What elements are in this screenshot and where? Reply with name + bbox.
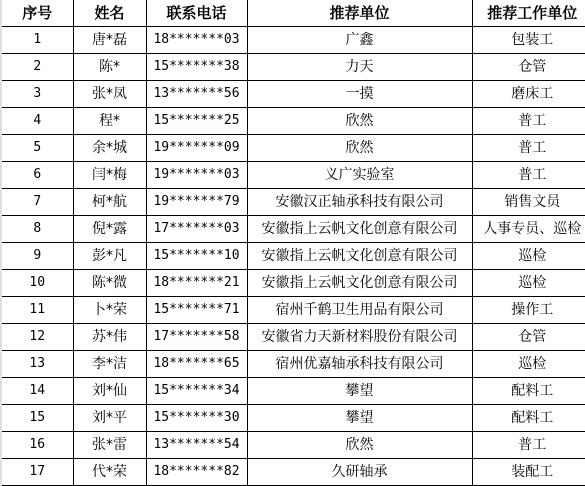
cell-referral-unit[interactable]: 欣然 <box>247 108 472 135</box>
cell-referral-unit[interactable]: 一摸 <box>247 81 472 108</box>
cell-phone[interactable]: 19*******79 <box>146 189 247 216</box>
cell-referral-job[interactable]: 普工 <box>472 162 585 189</box>
cell-phone[interactable]: 15*******34 <box>146 378 247 405</box>
table-row: 3 张*凤 13*******56 一摸 磨床工 <box>2 81 585 108</box>
cell-serial-number[interactable]: 16 <box>2 432 73 459</box>
cell-serial-number[interactable]: 13 <box>2 351 73 378</box>
cell-referral-unit[interactable]: 安徽指上云帆文化创意有限公司 <box>247 243 472 270</box>
cell-serial-number[interactable]: 1 <box>2 27 73 54</box>
cell-referral-job[interactable]: 普工 <box>472 108 585 135</box>
cell-name[interactable]: 刘*仙 <box>73 378 146 405</box>
header-name[interactable]: 姓名 <box>73 0 146 27</box>
cell-phone[interactable]: 13*******56 <box>146 81 247 108</box>
table-row: 13 李*洁 18*******65 宿州优嘉轴承科技有限公司 巡检 <box>2 351 585 378</box>
cell-referral-unit[interactable]: 安徽指上云帆文化创意有限公司 <box>247 216 472 243</box>
cell-serial-number[interactable]: 4 <box>2 108 73 135</box>
table-row: 6 闫*梅 19*******03 义广实验室 普工 <box>2 162 585 189</box>
cell-name[interactable]: 张*雷 <box>73 432 146 459</box>
referral-table: 序号 姓名 联系电话 推荐单位 推荐工作单位 1 唐*磊 18*******03… <box>2 0 585 486</box>
cell-serial-number[interactable]: 2 <box>2 54 73 81</box>
cell-phone[interactable]: 15*******10 <box>146 243 247 270</box>
table-row: 15 刘*平 15*******30 攀望 配料工 <box>2 405 585 432</box>
cell-referral-job[interactable]: 装配工 <box>472 459 585 486</box>
cell-name[interactable]: 苏*伟 <box>73 324 146 351</box>
cell-referral-unit[interactable]: 攀望 <box>247 405 472 432</box>
cell-name[interactable]: 代*荣 <box>73 459 146 486</box>
cell-referral-job[interactable]: 巡检 <box>472 270 585 297</box>
cell-referral-unit[interactable]: 安徽汉正轴承科技有限公司 <box>247 189 472 216</box>
cell-name[interactable]: 唐*磊 <box>73 27 146 54</box>
cell-name[interactable]: 陈* <box>73 54 146 81</box>
cell-serial-number[interactable]: 5 <box>2 135 73 162</box>
cell-phone[interactable]: 15*******30 <box>146 405 247 432</box>
cell-referral-job[interactable]: 巡检 <box>472 243 585 270</box>
table-row: 16 张*雷 13*******54 欣然 普工 <box>2 432 585 459</box>
cell-phone[interactable]: 18*******03 <box>146 27 247 54</box>
cell-referral-job[interactable]: 普工 <box>472 432 585 459</box>
table-row: 5 余*城 19*******09 欣然 普工 <box>2 135 585 162</box>
cell-referral-job[interactable]: 配料工 <box>472 405 585 432</box>
cell-phone[interactable]: 19*******09 <box>146 135 247 162</box>
table-row: 9 彭*凡 15*******10 安徽指上云帆文化创意有限公司 巡检 <box>2 243 585 270</box>
table-body: 1 唐*磊 18*******03 广鑫 包装工 2 陈* 15*******3… <box>2 27 585 486</box>
cell-referral-job[interactable]: 仓管 <box>472 54 585 81</box>
table-row: 4 程* 15*******25 欣然 普工 <box>2 108 585 135</box>
cell-name[interactable]: 刘*平 <box>73 405 146 432</box>
cell-referral-unit[interactable]: 义广实验室 <box>247 162 472 189</box>
cell-name[interactable]: 卜*荣 <box>73 297 146 324</box>
cell-referral-unit[interactable]: 久研轴承 <box>247 459 472 486</box>
cell-phone[interactable]: 17*******58 <box>146 324 247 351</box>
cell-phone[interactable]: 13*******54 <box>146 432 247 459</box>
cell-phone[interactable]: 19*******03 <box>146 162 247 189</box>
cell-name[interactable]: 倪*露 <box>73 216 146 243</box>
cell-referral-job[interactable]: 配料工 <box>472 378 585 405</box>
header-referral-unit[interactable]: 推荐单位 <box>247 0 472 27</box>
table-row: 1 唐*磊 18*******03 广鑫 包装工 <box>2 27 585 54</box>
header-row: 序号 姓名 联系电话 推荐单位 推荐工作单位 <box>2 0 585 27</box>
cell-serial-number[interactable]: 11 <box>2 297 73 324</box>
cell-referral-unit[interactable]: 力天 <box>247 54 472 81</box>
header-phone[interactable]: 联系电话 <box>146 0 247 27</box>
cell-phone[interactable]: 15*******38 <box>146 54 247 81</box>
cell-serial-number[interactable]: 8 <box>2 216 73 243</box>
cell-name[interactable]: 张*凤 <box>73 81 146 108</box>
cell-serial-number[interactable]: 14 <box>2 378 73 405</box>
cell-referral-job[interactable]: 包装工 <box>472 27 585 54</box>
cell-name[interactable]: 余*城 <box>73 135 146 162</box>
cell-referral-unit[interactable]: 广鑫 <box>247 27 472 54</box>
cell-referral-unit[interactable]: 欣然 <box>247 135 472 162</box>
cell-phone[interactable]: 18*******65 <box>146 351 247 378</box>
cell-phone[interactable]: 18*******82 <box>146 459 247 486</box>
cell-phone[interactable]: 18*******21 <box>146 270 247 297</box>
cell-name[interactable]: 李*洁 <box>73 351 146 378</box>
cell-serial-number[interactable]: 3 <box>2 81 73 108</box>
cell-referral-unit[interactable]: 宿州优嘉轴承科技有限公司 <box>247 351 472 378</box>
cell-serial-number[interactable]: 17 <box>2 459 73 486</box>
cell-name[interactable]: 彭*凡 <box>73 243 146 270</box>
cell-name[interactable]: 闫*梅 <box>73 162 146 189</box>
cell-referral-unit[interactable]: 安徽指上云帆文化创意有限公司 <box>247 270 472 297</box>
table-row: 8 倪*露 17*******03 安徽指上云帆文化创意有限公司 人事专员、巡检 <box>2 216 585 243</box>
cell-referral-job[interactable]: 普工 <box>472 135 585 162</box>
cell-serial-number[interactable]: 15 <box>2 405 73 432</box>
cell-referral-unit[interactable]: 攀望 <box>247 378 472 405</box>
header-referral-job[interactable]: 推荐工作单位 <box>472 0 585 27</box>
cell-phone[interactable]: 15*******25 <box>146 108 247 135</box>
cell-serial-number[interactable]: 7 <box>2 189 73 216</box>
table-row: 7 柯*航 19*******79 安徽汉正轴承科技有限公司 销售文员 <box>2 189 585 216</box>
table-row: 14 刘*仙 15*******34 攀望 配料工 <box>2 378 585 405</box>
table-row: 11 卜*荣 15*******71 宿州千鹤卫生用品有限公司 操作工 <box>2 297 585 324</box>
cell-referral-unit[interactable]: 宿州千鹤卫生用品有限公司 <box>247 297 472 324</box>
cell-referral-job[interactable]: 巡检 <box>472 351 585 378</box>
cell-name[interactable]: 柯*航 <box>73 189 146 216</box>
table-row: 17 代*荣 18*******82 久研轴承 装配工 <box>2 459 585 486</box>
cell-phone[interactable]: 15*******71 <box>146 297 247 324</box>
table-row: 12 苏*伟 17*******58 安徽省力天新材料股份有限公司 仓管 <box>2 324 585 351</box>
cell-referral-unit[interactable]: 安徽省力天新材料股份有限公司 <box>247 324 472 351</box>
cell-referral-unit[interactable]: 欣然 <box>247 432 472 459</box>
cell-referral-job[interactable]: 人事专员、巡检 <box>472 216 585 243</box>
cell-referral-job[interactable]: 操作工 <box>472 297 585 324</box>
cell-serial-number[interactable]: 6 <box>2 162 73 189</box>
cell-serial-number[interactable]: 9 <box>2 243 73 270</box>
cell-serial-number[interactable]: 12 <box>2 324 73 351</box>
cell-referral-job[interactable]: 销售文员 <box>472 189 585 216</box>
cell-name[interactable]: 程* <box>73 108 146 135</box>
table-row: 10 陈*微 18*******21 安徽指上云帆文化创意有限公司 巡检 <box>2 270 585 297</box>
table-row: 2 陈* 15*******38 力天 仓管 <box>2 54 585 81</box>
cell-name[interactable]: 陈*微 <box>73 270 146 297</box>
cell-referral-job[interactable]: 磨床工 <box>472 81 585 108</box>
cell-phone[interactable]: 17*******03 <box>146 216 247 243</box>
header-serial-number[interactable]: 序号 <box>2 0 73 27</box>
cell-serial-number[interactable]: 10 <box>2 270 73 297</box>
cell-referral-job[interactable]: 仓管 <box>472 324 585 351</box>
